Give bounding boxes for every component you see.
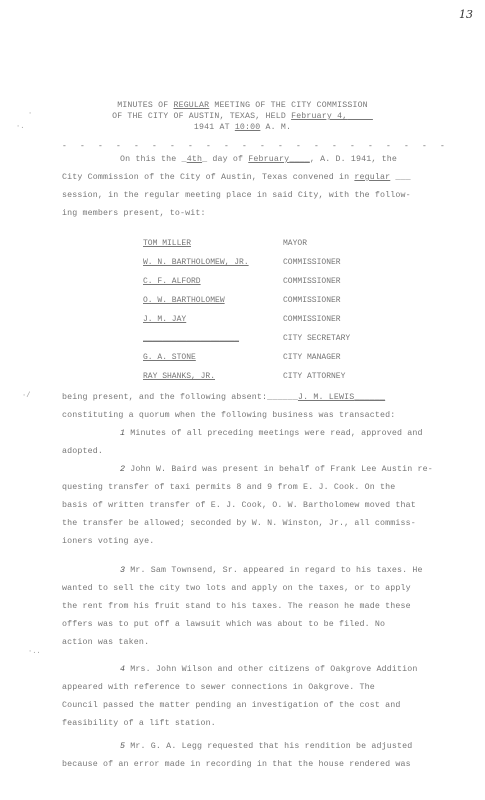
- member-title: CITY SECRETARY: [283, 334, 350, 343]
- text: John W. Baird was present in behalf of F…: [130, 465, 433, 474]
- item-line: ioners voting aye.: [62, 533, 462, 551]
- member-name: W. N. BARTHOLOMEW, JR.: [143, 258, 271, 267]
- dashed-divider: - - - - - - - - - - - - - - - - - - - - …: [62, 142, 452, 151]
- heading-line-2: OF THE CITY OF AUSTIN, TEXAS, HELD Febru…: [0, 111, 485, 122]
- margin-mark: ·: [28, 110, 32, 118]
- heading-text: MEETING OF THE CITY COMMISSION: [214, 101, 367, 110]
- member-title: CITY ATTORNEY: [283, 372, 345, 381]
- member-title: COMMISSIONER: [283, 258, 341, 267]
- text: being present, and the following absent:: [62, 393, 267, 402]
- item-number: 1: [120, 429, 125, 438]
- item-line: questing transfer of taxi permits 8 and …: [62, 479, 462, 497]
- quorum-line-2: constituting a quorum when the following…: [62, 407, 462, 425]
- item-number: 3: [120, 566, 125, 575]
- text: Mr. G. A. Legg requested that his rendit…: [130, 742, 412, 751]
- item-line: basis of written transfer of E. J. Cook,…: [62, 497, 462, 515]
- roster-row: G. A. STONECITY MANAGER: [143, 348, 443, 367]
- margin-mark: ·/: [22, 392, 30, 400]
- member-name: TOM MILLER: [143, 239, 271, 248]
- members-roster: TOM MILLERMAYOR W. N. BARTHOLOMEW, JR.CO…: [143, 234, 443, 386]
- item-line: 5 Mr. G. A. Legg requested that his rend…: [62, 738, 462, 756]
- item-line: action was taken.: [62, 634, 462, 652]
- text: Minutes of all preceding meetings were r…: [130, 429, 422, 438]
- item-line: feasibility of a lift station.: [62, 715, 462, 733]
- item-line: because of an error made in recording in…: [62, 756, 462, 774]
- text: City Commission of the City of Austin, T…: [62, 173, 349, 182]
- item-line: adopted.: [62, 443, 462, 461]
- text: , A. D. 1941, the: [310, 155, 397, 164]
- opening-line-1: On this the _4th_ day of February____, A…: [62, 151, 462, 169]
- quorum-paragraph: being present, and the following absent:…: [62, 389, 462, 425]
- member-name: ____________________: [143, 334, 271, 343]
- member-name: RAY SHANKS, JR.: [143, 372, 271, 381]
- agenda-item-4: 4 Mrs. John Wilson and other citizens of…: [62, 661, 462, 733]
- heading-text: 1941 AT: [194, 123, 230, 132]
- page-number: 13: [459, 8, 473, 21]
- item-line: the rent from his fruit stand to his tax…: [62, 598, 462, 616]
- heading-text: MINUTES OF: [117, 101, 168, 110]
- roster-row: O. W. BARTHOLOMEWCOMMISSIONER: [143, 291, 443, 310]
- item-line: Council passed the matter pending an inv…: [62, 697, 462, 715]
- member-title: COMMISSIONER: [283, 296, 341, 305]
- meeting-type: REGULAR: [173, 101, 209, 110]
- item-line: wanted to sell the city two lots and app…: [62, 580, 462, 598]
- opening-line-3: session, in the regular meeting place in…: [62, 187, 462, 205]
- opening-line-2: City Commission of the City of Austin, T…: [62, 169, 462, 187]
- item-line: 2 John W. Baird was present in behalf of…: [62, 461, 462, 479]
- item-line: 1 Minutes of all preceding meetings were…: [62, 425, 462, 443]
- quorum-line-1: being present, and the following absent:…: [62, 389, 462, 407]
- heading-line-1: MINUTES OF REGULAR MEETING OF THE CITY C…: [0, 100, 485, 111]
- meeting-time: 10:00: [235, 123, 261, 132]
- margin-mark: ·..: [28, 648, 41, 656]
- item-line: 3 Mr. Sam Townsend, Sr. appeared in rega…: [62, 562, 462, 580]
- agenda-item-2: 2 John W. Baird was present in behalf of…: [62, 461, 462, 551]
- document-page: 13 MINUTES OF REGULAR MEETING OF THE CIT…: [0, 0, 485, 800]
- item-line: appeared with reference to sewer connect…: [62, 679, 462, 697]
- meeting-date: February 4,: [291, 112, 347, 121]
- agenda-item-5: 5 Mr. G. A. Legg requested that his rend…: [62, 738, 462, 774]
- member-name: O. W. BARTHOLOMEW: [143, 296, 271, 305]
- roster-row: W. N. BARTHOLOMEW, JR.COMMISSIONER: [143, 253, 443, 272]
- meeting-month: February: [248, 155, 289, 164]
- member-title: MAYOR: [283, 239, 307, 248]
- member-name: J. M. JAY: [143, 315, 271, 324]
- margin-mark: ·.: [16, 123, 24, 131]
- item-line: offers was to put off a lawsuit which wa…: [62, 616, 462, 634]
- item-number: 2: [120, 465, 125, 474]
- member-name: G. A. STONE: [143, 353, 271, 362]
- member-title: COMMISSIONER: [283, 315, 341, 324]
- roster-row: ____________________CITY SECRETARY: [143, 329, 443, 348]
- opening-line-4: ing members present, to-wit:: [62, 205, 462, 223]
- roster-row: RAY SHANKS, JR.CITY ATTORNEY: [143, 367, 443, 386]
- text: Mrs. John Wilson and other citizens of O…: [130, 665, 417, 674]
- session-type: regular: [354, 173, 390, 182]
- member-title: CITY MANAGER: [283, 353, 341, 362]
- member-title: COMMISSIONER: [283, 277, 341, 286]
- opening-paragraph: On this the _4th_ day of February____, A…: [62, 151, 462, 223]
- agenda-item-3: 3 Mr. Sam Townsend, Sr. appeared in rega…: [62, 562, 462, 652]
- item-line: 4 Mrs. John Wilson and other citizens of…: [62, 661, 462, 679]
- heading-text: A. M.: [266, 123, 292, 132]
- item-number: 4: [120, 665, 125, 674]
- item-line: the transfer be allowed; seconded by W. …: [62, 515, 462, 533]
- member-name: C. F. ALFORD: [143, 277, 271, 286]
- minutes-heading: MINUTES OF REGULAR MEETING OF THE CITY C…: [0, 100, 485, 133]
- text: Mr. Sam Townsend, Sr. appeared in regard…: [130, 566, 422, 575]
- agenda-item-1: 1 Minutes of all preceding meetings were…: [62, 425, 462, 461]
- heading-line-3: 1941 AT 10:00 A. M.: [0, 122, 485, 133]
- roster-row: C. F. ALFORDCOMMISSIONER: [143, 272, 443, 291]
- item-number: 5: [120, 742, 125, 751]
- roster-row: J. M. JAYCOMMISSIONER: [143, 310, 443, 329]
- roster-row: TOM MILLERMAYOR: [143, 234, 443, 253]
- text: day of: [212, 155, 243, 164]
- absent-member: J. M. LEWIS: [298, 393, 354, 402]
- text: On this the: [120, 155, 176, 164]
- heading-text: OF THE CITY OF AUSTIN, TEXAS, HELD: [112, 112, 286, 121]
- meeting-day: 4th: [187, 155, 202, 164]
